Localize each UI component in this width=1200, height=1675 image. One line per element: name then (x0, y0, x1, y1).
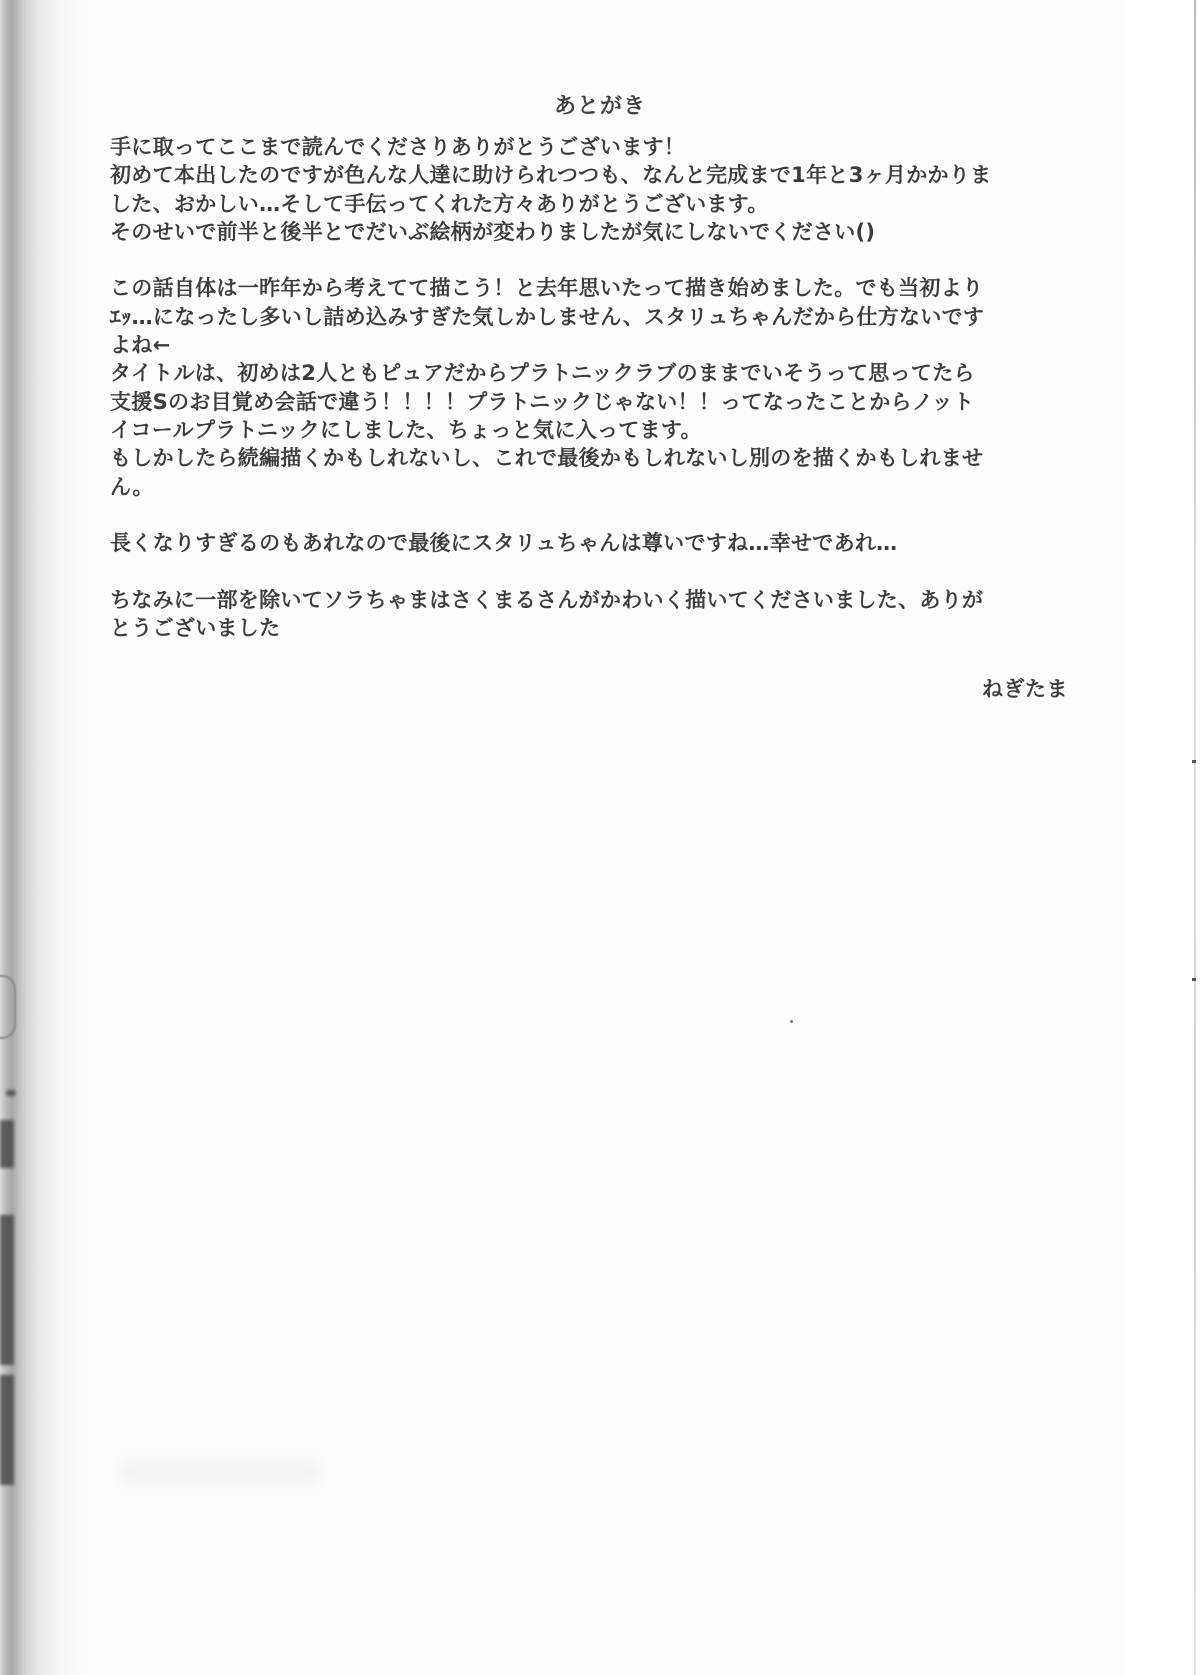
text-line: 初めて本出したのですが色んな人達に助けられつつも、なんと完成まで1年と3ヶ月かか… (110, 161, 1095, 189)
scan-speck (790, 1020, 793, 1023)
bleed-through-ring-mark (0, 975, 16, 1039)
afterword-body: 手に取ってここまで読んでくださりありがとうございます！ 初めて本出したのですが色… (110, 133, 1095, 671)
text-line: よね← (110, 331, 1095, 359)
bleed-through-mark (6, 1090, 16, 1096)
bleed-through-block (0, 1215, 14, 1365)
text-line: ん。 (110, 473, 1095, 501)
bleed-through-smudge (120, 1460, 320, 1484)
text-line: 手に取ってここまで読んでくださりありがとうございます！ (110, 133, 1095, 161)
text-line: ちなみに一部を除いてソラちゃまはさくまるさんがかわいく描いてくださいました、あり… (110, 586, 1095, 614)
text-line: とうございました (110, 614, 1095, 642)
text-line: 長くなりすぎるのもあれなので最後にスタリュちゃんは尊いですね…幸せであれ… (110, 529, 1095, 557)
text-line: ｴｯ…になったし多いし詰め込みすぎた気しかしません、スタリュちゃんだから仕方ない… (110, 303, 1095, 331)
text-line: イコールプラトニックにしました、ちょっと気に入ってます。 (110, 416, 1095, 444)
bleed-through-block (0, 1120, 14, 1168)
edge-tick (1192, 760, 1196, 763)
text-line: そのせいで前半と後半とでだいぶ絵柄が変わりましたが気にしないでください() (110, 218, 1095, 246)
paragraph: ちなみに一部を除いてソラちゃまはさくまるさんがかわいく描いてくださいました、あり… (110, 586, 1095, 643)
author-signature: ねぎたま (982, 673, 1068, 703)
edge-tick (1192, 978, 1196, 981)
text-line: もしかしたら続編描くかもしれないし、これで最後かもしれないし別のを描くかもしれま… (110, 444, 1095, 472)
bleed-through-block (0, 1375, 14, 1485)
page-edge-line (1194, 0, 1196, 1675)
page-title: あとがき (0, 89, 1200, 120)
text-line: した、おかしい…そして手伝ってくれた方々ありがとうございます。 (110, 190, 1095, 218)
text-line: この話自体は一昨年から考えてて描こう！と去年思いたって描き始めました。でも当初よ… (110, 274, 1095, 302)
paragraph: この話自体は一昨年から考えてて描こう！と去年思いたって描き始めました。でも当初よ… (110, 274, 1095, 500)
text-line: タイトルは、初めは2人ともピュアだからプラトニックラブのままでいそうって思ってた… (110, 359, 1095, 387)
paragraph: 手に取ってここまで読んでくださりありがとうございます！ 初めて本出したのですが色… (110, 133, 1095, 246)
paragraph: 長くなりすぎるのもあれなので最後にスタリュちゃんは尊いですね…幸せであれ… (110, 529, 1095, 557)
text-line: 支援Sのお目覚め会話で違う！！！！プラトニックじゃない！！ってなったことからノッ… (110, 388, 1095, 416)
scan-margin-right (1124, 0, 1200, 1675)
